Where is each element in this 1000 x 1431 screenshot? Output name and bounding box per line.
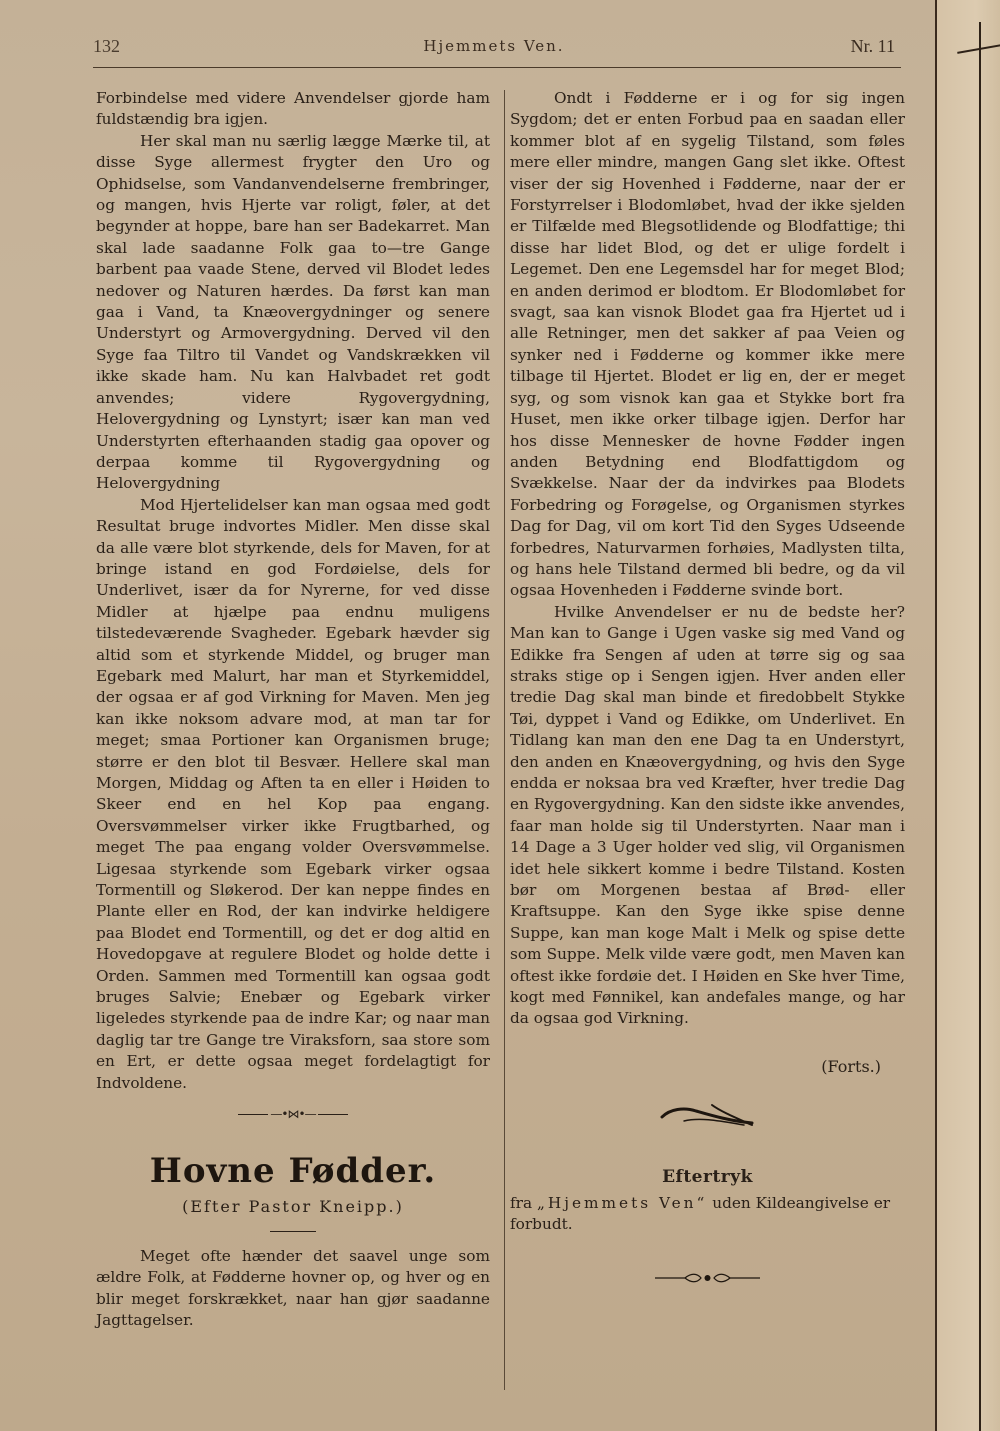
article-intro: Meget ofte hænder det saavel unge som æl…: [96, 1246, 490, 1332]
page-header: 132 Hjemmets Ven. Nr. 11: [93, 34, 895, 64]
column-divider: [504, 90, 505, 1390]
article-subtitle: (Efter Pastor Kneipp.): [96, 1196, 490, 1217]
bottom-ornament-icon: [655, 1271, 760, 1285]
issue-number: Nr. 11: [851, 36, 895, 57]
ornament-glyph: —•⋈•—: [270, 1107, 315, 1121]
magazine-page: 132 Hjemmets Ven. Nr. 11 Forbindelse med…: [0, 0, 935, 1431]
notice-text-before: fra: [510, 1194, 532, 1212]
paragraph: Mod Hjertelidelser kan man ogsaa med god…: [96, 495, 490, 1094]
adjacent-page-rule: [979, 22, 981, 1431]
ornament-line: [238, 1114, 268, 1115]
right-column: Ondt i Fødderne er i og for sig ingen Sy…: [510, 88, 905, 1285]
paragraph: Ondt i Fødderne er i og for sig ingen Sy…: [510, 88, 905, 602]
ornament-line: [318, 1114, 348, 1115]
title-rule: [270, 1231, 316, 1232]
reprint-notice-title: Eftertryk: [510, 1167, 905, 1188]
notice-quoted-name: „Hjemmets Ven“: [537, 1194, 707, 1212]
article-title: Hovne Fødder.: [96, 1148, 490, 1194]
swash-ornament-icon: [660, 1103, 755, 1129]
paragraph: Forbindelse med videre Anvendelser gjord…: [96, 88, 490, 131]
paragraph: Her skal man nu særlig lægge Mærke til, …: [96, 131, 490, 495]
publication-title: Hjemmets Ven.: [93, 37, 895, 55]
adjacent-page-edge: [935, 0, 1000, 1431]
divider-ornament: —•⋈•—: [96, 1104, 490, 1125]
paragraph: Hvilke Anvendelser er nu de bedste her? …: [510, 602, 905, 1030]
continued-note: (Forts.): [510, 1056, 905, 1077]
left-column: Forbindelse med videre Anvendelser gjord…: [96, 88, 490, 1332]
reprint-notice-text: fra „Hjemmets Ven“ uden Kildeangivelse e…: [510, 1193, 905, 1235]
header-rule: [93, 67, 901, 68]
